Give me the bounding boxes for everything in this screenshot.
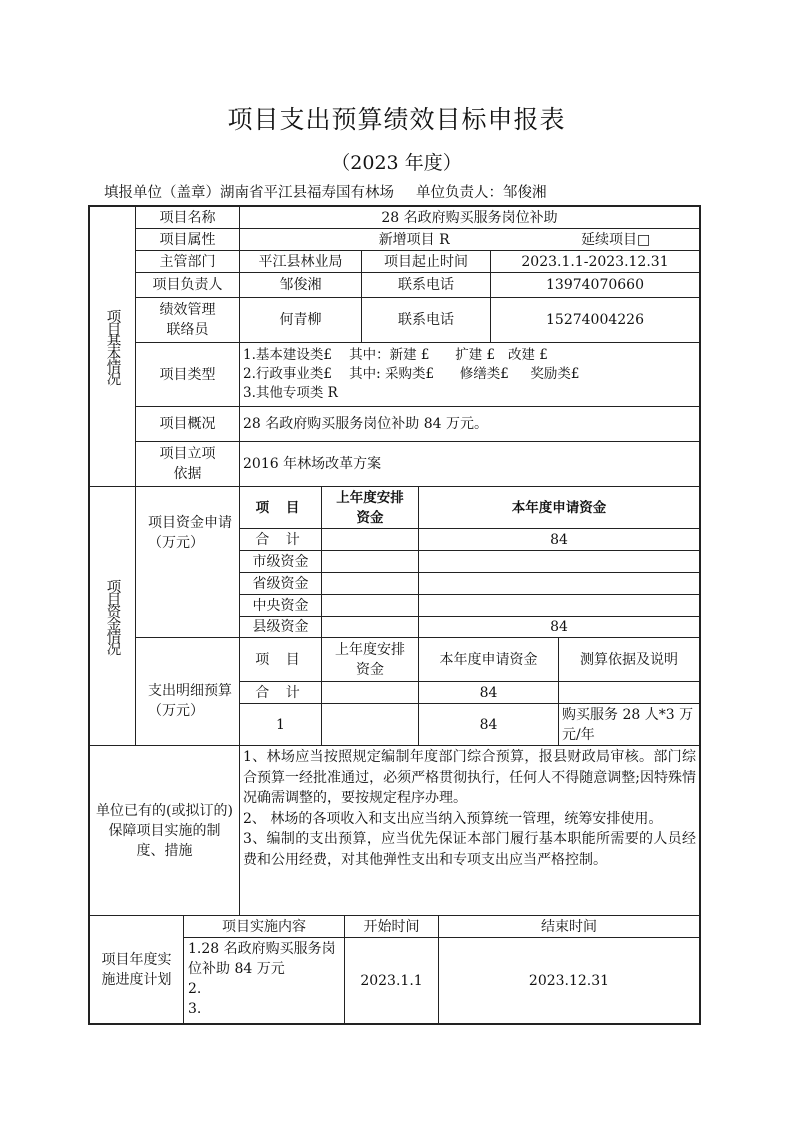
- measures-label: 单位已有的(或拟订的)保障项目实施的制度、措施: [89, 745, 240, 916]
- liaison-phone-label: 联系电话: [361, 297, 491, 343]
- filler-unit: 填报单位（盖章）湖南省平江县福寿国有林场: [104, 185, 394, 201]
- overview-value: 28 名政府购买服务岗位补助 84 万元。: [239, 406, 700, 442]
- apply-row-total-this: 84: [418, 528, 700, 551]
- schedule-content: 1.28 名政府购买服务岗位补助 84 万元 2. 3.: [183, 937, 345, 1024]
- apply-row-central-last: [321, 594, 419, 617]
- detail-row-1-basis: 购买服务 28 人*3 万元/年: [558, 703, 700, 746]
- detail-row-total-last: [321, 681, 419, 704]
- apply-row-city-last: [321, 550, 419, 573]
- detail-label: 支出明细预算（万元）: [135, 637, 240, 746]
- apply-row-province-item: 省级资金: [239, 572, 322, 595]
- attribute-new-checkbox[interactable]: 新增项目 R: [379, 230, 450, 250]
- schedule-start: 2023.1.1: [344, 937, 439, 1024]
- project-name-value: 28 名政府购买服务岗位补助: [239, 206, 700, 229]
- detail-header-last-year: 上年度安排资金: [321, 637, 419, 682]
- period-value: 2023.1.1-2023.12.31: [490, 250, 700, 273]
- page-subtitle-year: （2023 年度）: [0, 148, 793, 175]
- measure-paragraph-3: 3、编制的支出预算，应当优先保证本部门履行基本职能所需要的人员经费和公用经费，对…: [243, 829, 696, 870]
- leader-phone-label: 联系电话: [361, 272, 491, 298]
- liaison-phone-value: 15274004226: [490, 297, 700, 343]
- apply-row-city-this: [418, 550, 700, 573]
- detail-header-this-year: 本年度申请资金: [418, 637, 559, 682]
- project-name-label: 项目名称: [135, 206, 240, 229]
- detail-row-total-basis: [558, 681, 700, 704]
- basis-value: 2016 年林场改革方案: [239, 441, 700, 487]
- leader-value: 邹俊湘: [239, 272, 362, 298]
- schedule-header-end: 结束时间: [438, 915, 700, 938]
- detail-header-basis: 测算依据及说明: [558, 637, 700, 682]
- apply-label: 项目资金申请（万元）: [135, 486, 240, 638]
- department-value: 平江县林业局: [239, 250, 362, 273]
- type-label: 项目类型: [135, 342, 240, 407]
- filler-line: 填报单位（盖章）湖南省平江县福寿国有林场单位负责人：邹俊湘: [104, 181, 547, 202]
- detail-row-1-item: 1: [239, 703, 322, 746]
- detail-row-total-item: 合 计: [239, 681, 322, 704]
- liaison-label-line2: 联络员: [167, 320, 209, 340]
- schedule-content-line-2: 2.: [188, 979, 201, 999]
- attribute-label: 项目属性: [135, 228, 240, 251]
- detail-row-1-last: [321, 703, 419, 746]
- schedule-header-start: 开始时间: [344, 915, 439, 938]
- apply-row-central-this: [418, 594, 700, 617]
- section-basic-label: 项目基本情况: [89, 206, 136, 487]
- leader-phone-value: 13974070660: [490, 272, 700, 298]
- department-label: 主管部门: [135, 250, 240, 273]
- apply-row-total-last: [321, 528, 419, 551]
- basis-label-line1: 项目立项: [160, 444, 216, 464]
- period-label: 项目起止时间: [361, 250, 491, 273]
- schedule-content-line-3: 3.: [188, 999, 201, 1019]
- detail-row-1-this: 84: [418, 703, 559, 746]
- apply-row-county-last: [321, 616, 419, 638]
- apply-row-city-item: 市级资金: [239, 550, 322, 573]
- liaison-label-line1: 绩效管理: [160, 300, 216, 320]
- attribute-options: 新增项目 R 延续项目□: [239, 228, 700, 251]
- measure-paragraph-2: 2、 林场的各项收入和支出应当纳入预算统一管理，统筹安排使用。: [243, 809, 662, 830]
- schedule-header-content: 项目实施内容: [183, 915, 345, 938]
- schedule-content-line-1: 1.28 名政府购买服务岗位补助 84 万元: [188, 939, 340, 979]
- detail-header-item: 项 目: [239, 637, 322, 682]
- section-funds-label: 项目资金情况: [89, 486, 136, 746]
- attribute-continue-checkbox[interactable]: 延续项目□: [581, 230, 650, 250]
- type-option-3[interactable]: 3.其他专项类 R: [243, 384, 338, 403]
- basis-label-line2: 依据: [174, 464, 202, 484]
- type-option-2[interactable]: 2.行政事业类£ 其中: 采购类£ 修缮类£ 奖励类£: [243, 365, 579, 384]
- basis-label: 项目立项 依据: [135, 441, 240, 487]
- apply-row-county-item: 县级资金: [239, 616, 322, 638]
- apply-header-this-year: 本年度申请资金: [418, 486, 700, 529]
- schedule-label: 项目年度实施进度计划: [89, 915, 184, 1024]
- apply-row-province-last: [321, 572, 419, 595]
- apply-header-last-year: 上年度安排资金: [321, 486, 419, 529]
- detail-row-total-this: 84: [418, 681, 559, 704]
- apply-row-total-item: 合 计: [239, 528, 322, 551]
- type-options: 1.基本建设类£ 其中：新建 £ 扩建 £ 改建 £ 2.行政事业类£ 其中: …: [239, 342, 700, 407]
- page-title: 项目支出预算绩效目标申报表: [0, 100, 793, 136]
- leader-label: 项目负责人: [135, 272, 240, 298]
- liaison-label: 绩效管理 联络员: [135, 297, 240, 343]
- measure-paragraph-1: 1、林场应当按照规定编制年度部门综合预算，报县财政局审核。部门综合预算一经批准通…: [243, 747, 696, 809]
- apply-row-central-item: 中央资金: [239, 594, 322, 617]
- unit-leader: 单位负责人：邹俊湘: [416, 185, 547, 201]
- apply-row-province-this: [418, 572, 700, 595]
- schedule-end: 2023.12.31: [438, 937, 700, 1024]
- apply-row-county-this: 84: [418, 616, 700, 638]
- apply-header-item: 项 目: [239, 486, 322, 529]
- liaison-value: 何青柳: [239, 297, 362, 343]
- overview-label: 项目概况: [135, 406, 240, 442]
- measures-content: 1、林场应当按照规定编制年度部门综合预算，报县财政局审核。部门综合预算一经批准通…: [239, 745, 700, 916]
- type-option-1[interactable]: 1.基本建设类£ 其中：新建 £ 扩建 £ 改建 £: [243, 346, 548, 365]
